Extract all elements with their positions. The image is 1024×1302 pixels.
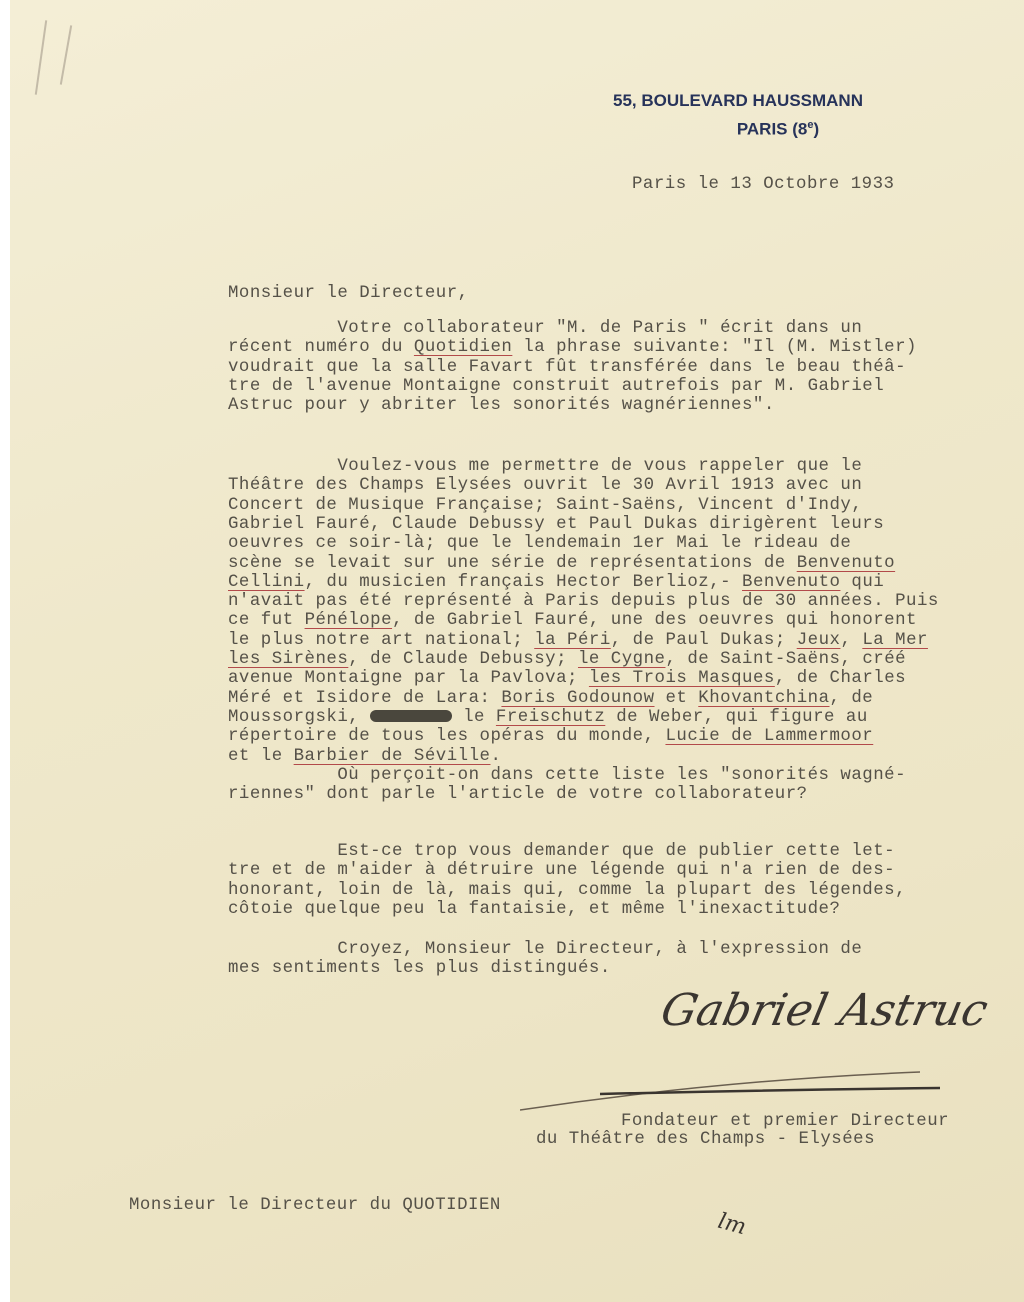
body-line: Croyez, Monsieur le Directeur, à l'expre… — [228, 940, 862, 959]
body-line: Moussorgski, le Freischutz de Weber, qui… — [228, 708, 868, 727]
body-line: récent numéro du Quotidien la phrase sui… — [228, 338, 917, 357]
signature-flourish — [520, 1060, 940, 1120]
body-line: Théâtre des Champs Elysées ouvrit le 30 … — [228, 476, 862, 495]
body-line: Astruc pour y abriter les sonorités wagn… — [228, 396, 775, 415]
body-line: Votre collaborateur "M. de Paris " écrit… — [228, 319, 862, 338]
letterhead-address: 55, BOULEVARD HAUSSMANN — [613, 88, 943, 113]
letterhead: 55, BOULEVARD HAUSSMANN PARIS (8e) — [613, 88, 943, 142]
letterhead-city: PARIS (8e) — [613, 113, 943, 142]
body-line: côtoie quelque peu la fantaisie, et même… — [228, 900, 840, 919]
body-line: mes sentiments les plus distingués. — [228, 959, 611, 978]
body-line: et le Barbier de Séville. — [228, 747, 501, 766]
letter-date: Paris le 13 Octobre 1933 — [632, 175, 894, 194]
body-line: le plus notre art national; la Péri, de … — [228, 631, 928, 650]
body-line: Où perçoit-on dans cette liste les "sono… — [228, 766, 906, 785]
signatory-title: Fondateur et premier Directeur — [621, 1112, 949, 1131]
body-line: riennes" dont parle l'article de votre c… — [228, 785, 808, 804]
scan-margin — [0, 0, 10, 1302]
body-line: Méré et Isidore de Lara: Boris Godounow … — [228, 689, 873, 708]
body-line: tre de l'avenue Montaigne construit autr… — [228, 377, 884, 396]
signature: Gabriel Astruc — [657, 985, 993, 1036]
body-line: Gabriel Fauré, Claude Debussy et Paul Du… — [228, 515, 884, 534]
recipient-line: Monsieur le Directeur du QUOTIDIEN — [129, 1196, 501, 1215]
salutation: Monsieur le Directeur, — [228, 284, 469, 303]
body-line: Cellini, du musicien français Hector Ber… — [228, 573, 884, 592]
body-line: Concert de Musique Française; Saint-Saën… — [228, 496, 862, 515]
signatory-title: du Théâtre des Champs - Elysées — [536, 1130, 875, 1149]
body-line: oeuvres ce soir-là; que le lendemain 1er… — [228, 534, 851, 553]
body-line: Voulez-vous me permettre de vous rappele… — [228, 457, 862, 476]
body-line: les Sirènes, de Claude Debussy; le Cygne… — [228, 650, 906, 669]
struck-word — [370, 710, 452, 722]
body-line: n'avait pas été représenté à Paris depui… — [228, 592, 939, 611]
body-line: répertoire de tous les opéras du monde, … — [228, 727, 873, 746]
body-line: Est-ce trop vous demander que de publier… — [228, 842, 895, 861]
body-line: avenue Montaigne par la Pavlova; les Tro… — [228, 669, 906, 688]
body-line: ce fut Pénélope, de Gabriel Fauré, une d… — [228, 611, 917, 630]
body-line: voudrait que la salle Favart fût transfé… — [228, 358, 906, 377]
body-line: honorant, loin de là, mais qui, comme la… — [228, 881, 906, 900]
body-line: scène se levait sur une série de représe… — [228, 554, 895, 573]
body-line: tre et de m'aider à détruire une légende… — [228, 861, 895, 880]
